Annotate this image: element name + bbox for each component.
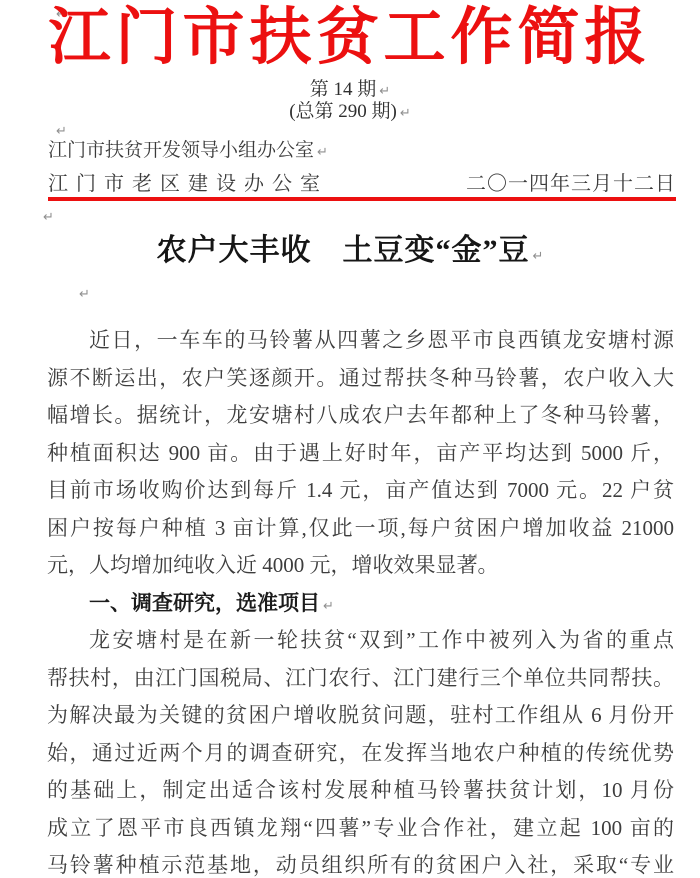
issuing-office-line2: 江门市老区建设办公室 (48, 167, 328, 196)
masthead-title: 江门市扶贫工作简报 (0, 0, 700, 76)
text-line: 近日，一车车的马铃薯从四薯之乡恩平市良西镇龙安塘村源 (47, 322, 674, 360)
text-line: 马铃薯种植示范基地，动员组织所有的贫困户入社，采取“专业 (47, 847, 674, 878)
paragraph-mark: ↵ (317, 141, 328, 165)
section-heading-text: 一、调查研究，选准项目 (89, 591, 320, 615)
bulletin-page: ↵ 江门市扶贫工作简报 第 14 期↵ (总第 290 期)↵ ↵ 江门市扶贫开… (0, 0, 700, 878)
paragraph-mark: ↵ (43, 210, 54, 225)
article-body: 近日，一车车的马铃薯从四薯之乡恩平市良西镇龙安塘村源源不断运出，农户笑逐颜开。通… (47, 322, 674, 878)
section-heading: 一、调查研究，选准项目↵ (47, 585, 674, 623)
text-line: 帮扶村，由江门国税局、江门农行、江门建行三个单位共同帮扶。 (47, 660, 674, 698)
text-line: 源不断运出，农户笑逐颜开。通过帮扶冬种马铃薯，农户收入大 (47, 360, 674, 398)
paragraph-mark: ↵ (56, 124, 67, 139)
divider-rule (48, 197, 676, 201)
text-line: 始，通过近两个月的调查研究，在发挥当地农户种植的传统优势 (47, 735, 674, 773)
paragraph-mark: ↵ (468, 551, 479, 566)
issuing-office-row: 江门市老区建设办公室 二〇一四年三月十二日 (48, 167, 676, 196)
paragraph-mark: ↵ (379, 81, 390, 103)
paragraph-1: 近日，一车车的马铃薯从四薯之乡恩平市良西镇龙安塘村源源不断运出，农户笑逐颜开。通… (47, 322, 674, 585)
issue-number-text: 第 14 期 (310, 79, 377, 100)
text-line: 的基础上，制定出适合该村发展种植马铃薯扶贫计划，10 月份 (47, 772, 674, 810)
text-line: 为解决最为关键的贫困户增收脱贫问题，驻村工作组从 6 月份开 (47, 697, 674, 735)
issue-number: 第 14 期↵ (0, 79, 700, 103)
paragraph-2: 龙安塘村是在新一轮扶贫“双到”工作中被列入为省的重点帮扶村，由江门国税局、江门农… (47, 622, 674, 878)
paragraph-mark: ↵ (533, 237, 544, 277)
text-line: 困户按每户种植 3 亩计算,仅此一项,每户贫困户增加收益 21000 (47, 510, 674, 548)
article-title: 农户大丰收 土豆变“金”豆↵ (0, 231, 700, 277)
issue-date: 二〇一四年三月十二日 (466, 167, 676, 196)
text-line: 种植面积达 900 亩。由于遇上好时年，亩产平均达到 5000 斤， (47, 435, 674, 473)
article-title-text: 农户大丰收 土豆变“金”豆 (157, 234, 530, 267)
text-line: 龙安塘村是在新一轮扶贫“双到”工作中被列入为省的重点 (47, 622, 674, 660)
issue-total-number: (总第 290 期)↵ (0, 101, 700, 125)
issuing-office-line1: 江门市扶贫开发领导小组办公室↵ (48, 139, 328, 165)
issue-total-text: (总第 290 期) (289, 101, 397, 122)
paragraph-mark: ↵ (323, 588, 334, 626)
issuing-office-line1-text: 江门市扶贫开发领导小组办公室 (48, 140, 314, 161)
text-line: 成立了恩平市良西镇龙翔“四薯”专业合作社，建立起 100 亩的 (47, 810, 674, 848)
text-line: 幅增长。据统计，龙安塘村八成农户去年都种上了冬种马铃薯， (47, 397, 674, 435)
paragraph-mark: ↵ (79, 287, 90, 302)
text-line: 元，人均增加纯收入近 4000 元，增收效果显著。 (47, 547, 674, 585)
paragraph-mark: ↵ (400, 103, 411, 125)
text-line: 目前市场收购价达到每斤 1.4 元，亩产值达到 7000 元。22 户贫 (47, 472, 674, 510)
